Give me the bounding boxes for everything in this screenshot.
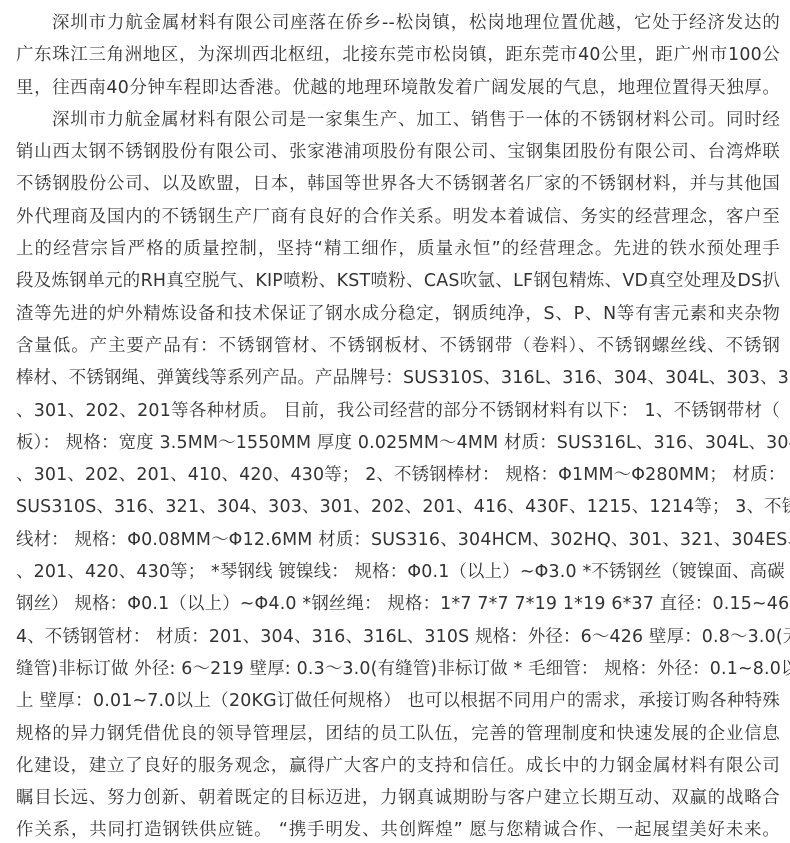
text-line: 不锈钢股份公司、以及欧盟，日本，韩国等世界各大不锈钢著名厂家的不锈钢材料，并与其… — [0, 168, 790, 200]
text-line: 渣等先进的炉外精炼设备和技术保证了钢水成分稳定，钢质纯净，S、P、N等有害元素和… — [0, 298, 790, 330]
text-line: SUS310S、316、321、304、303、301、202、201、416、… — [0, 491, 790, 523]
text-line: 、201、420、430等； *琴钢线 镀镍线： 规格：Φ0.1（以上）~Φ3.… — [0, 556, 790, 588]
text-line: 化建设，建立了良好的服务观念，赢得广大客户的支持和信任。成长中的力钢金属材料有限… — [0, 750, 790, 782]
text-line: 线材： 规格：Φ0.08MM～Φ12.6MM 材质：SUS316、304HCM、… — [0, 524, 790, 556]
text-line: 、301、202、201、410、420、430等； 2、不锈钢棒材： 规格：Φ… — [0, 459, 790, 491]
text-line: 瞩目长远、努力创新、朝着既定的目标迈进，力钢真诚期盼与客户建立长期互动、双赢的战… — [0, 782, 790, 814]
text-line: 深圳市力航金属材料有限公司座落在侨乡--松岗镇，松岗地理位置优越，它处于经济发达… — [0, 7, 790, 39]
text-line: 销山西太钢不锈钢股份有限公司、张家港浦项股份有限公司、宝钢集团股份有限公司、台湾… — [0, 136, 790, 168]
paragraph-business: 深圳市力航金属材料有限公司是一家集生产、加工、销售于一体的不锈钢材料公司。同时经… — [0, 104, 790, 843]
text-line: 段及炼钢单元的RH真空脱气、KIP喷粉、KST喷粉、CAS吹氩、LF钢包精炼、V… — [0, 265, 790, 297]
text-line: 4、不锈钢管材： 材质：201、304、316、316L、310S 规格：外径：… — [0, 621, 790, 653]
text-line: 缝管)非标订做 外径: 6～219 壁厚: 0.3～3.0(有缝管)非标订做 *… — [0, 653, 790, 685]
text-line: 钢丝） 规格：Φ0.1（以上）~Φ4.0 *钢丝绳： 规格：1*7 7*7 7*… — [0, 588, 790, 620]
text-line: 深圳市力航金属材料有限公司是一家集生产、加工、销售于一体的不锈钢材料公司。同时经 — [0, 104, 790, 136]
text-line: 外代理商及国内的不锈钢生产厂商有良好的合作关系。明发本着诚信、务实的经营理念，客… — [0, 201, 790, 233]
text-line: 上的经营宗旨严格的质量控制，坚持“精工细作，质量永恒”的经营理念。先进的铁水预处… — [0, 233, 790, 265]
paragraph-location: 深圳市力航金属材料有限公司座落在侨乡--松岗镇，松岗地理位置优越，它处于经济发达… — [0, 7, 790, 104]
text-line: 广东珠江三角洲地区，为深圳西北枢纽，北接东莞市松岗镇，距东莞市40公里，距广州市… — [0, 39, 790, 71]
text-line: 作关系，共同打造钢铁供应链。 “携手明发、共创辉煌” 愿与您精诚合作、一起展望美… — [0, 814, 790, 843]
text-line: 上 壁厚：0.01~7.0以上（20KG订做任何规格） 也可以根据不同用户的需求… — [0, 685, 790, 717]
text-line: 里，往西南40分钟车程即达香港。优越的地理环境散发着广阔发展的气息，地理位置得天… — [0, 72, 790, 104]
text-line: 板）： 规格：宽度 3.5MM～1550MM 厚度 0.025MM～4MM 材质… — [0, 427, 790, 459]
text-line: 含量低。产主要产品有：不锈钢管材、不锈钢板材、不锈钢带（卷料）、不锈钢螺丝线、不… — [0, 330, 790, 362]
text-line: 规格的异力钢凭借优良的领导管理层，团结的员工队伍，完善的管理制度和快速发展的企业… — [0, 718, 790, 750]
text-line: 、301、202、201等各种材质。 目前，我公司经营的部分不锈钢材料有以下： … — [0, 395, 790, 427]
company-profile-article: 深圳市力航金属材料有限公司座落在侨乡--松岗镇，松岗地理位置优越，它处于经济发达… — [0, 0, 790, 843]
text-line: 棒材、不锈钢绳、弹簧线等系列产品。产品牌号：SUS310S、316L、316、3… — [0, 362, 790, 394]
